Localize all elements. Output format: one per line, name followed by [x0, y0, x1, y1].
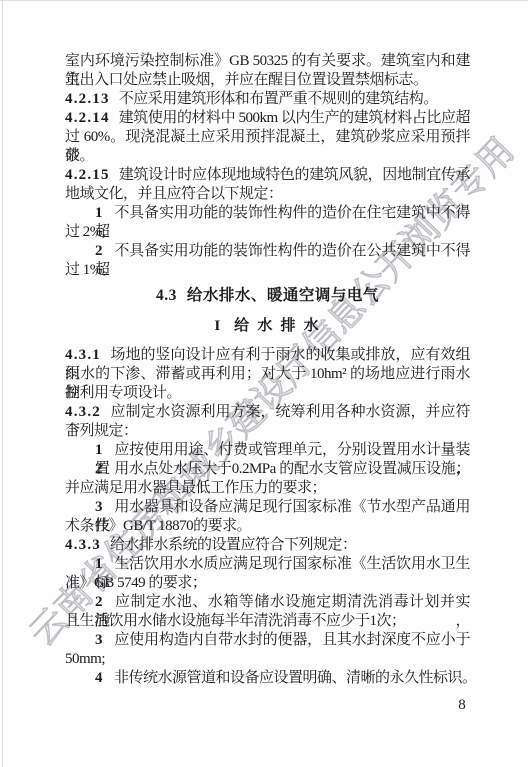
clause-number: 4.2.13	[65, 91, 110, 107]
text-line: 浆。	[65, 147, 470, 166]
document-page: 云南省住房和城乡建设厅信息公开浏览专用 室内环境污染控制标准》GB 50325 …	[0, 0, 528, 767]
item-line: 3用水器具和设备应满足现行国家标准《节水型产品通用技	[65, 498, 470, 517]
item-line: 1不具备实用功能的装饰性构件的造价在住宅建筑中不得超	[65, 204, 470, 223]
item-number: 2	[95, 594, 102, 610]
item-number: 2	[95, 243, 102, 259]
text-line: 50mm;	[65, 650, 470, 669]
text-line: 术条件》GB/T 18870的要求。	[65, 517, 470, 536]
clause-number: 4.3.3	[65, 537, 101, 553]
clause-line: 4.3.2应制定水资源利用方案，统筹利用各种水资源，并应符合	[65, 403, 470, 422]
item-number: 2	[95, 461, 102, 477]
subsection-number: I	[214, 318, 222, 334]
clause-line: 4.3.3给水排水系统的设置应符合下列规定：	[65, 536, 470, 555]
item-number: 1	[95, 556, 102, 572]
item-number: 3	[95, 499, 102, 515]
scan-edge-left	[2, 0, 3, 767]
section-number: 4.3	[156, 287, 177, 304]
clause-line: 4.3.1场地的竖向设计应有利于雨水的收集或排放，应有效组织	[65, 346, 470, 365]
text-line: 制利用专项设计。	[65, 384, 470, 403]
section-title: 给水排水、暖通空调与电气	[187, 287, 379, 304]
clause-number: 4.3.2	[65, 404, 101, 420]
clause-number: 4.2.14	[65, 110, 110, 126]
clause-line: 4.2.15建筑设计时应体现地域特色的建筑风貌，因地制宜传承	[65, 166, 470, 185]
text-line: 过 60%。现浇混凝土应采用预拌混凝土，建筑砂浆应采用预拌砂	[65, 128, 470, 147]
item-number: 1	[95, 205, 102, 221]
item-line: 1生活饮用水水质应满足现行国家标准《生活饮用水卫生标	[65, 555, 470, 574]
item-line: 1应按使用用途、付费或管理单元，分别设置用水计量装置；	[65, 441, 470, 460]
text-line: 并应满足用水器具最低工作压力的要求；	[65, 479, 470, 498]
text-line: 雨水的下渗、滞蓄或再利用；对大于 10hm² 的场地应进行雨水控	[65, 365, 470, 384]
item-line: 2应制定水池、水箱等储水设施定期清洗消毒计划并实施，	[65, 593, 470, 612]
scan-edge-top	[0, 0, 528, 1]
clause-number: 4.3.1	[65, 347, 101, 363]
page-number: 8	[452, 697, 472, 714]
text-line: 下列规定：	[65, 422, 470, 441]
text-line: 地域文化，并且应符合以下规定：	[65, 185, 470, 204]
text-line: 过 1%。	[65, 261, 470, 280]
subsection-heading: I给 水 排 水	[65, 315, 470, 337]
page-body: 室内环境污染控制标准》GB 50325 的有关要求。建筑室内和建筑 主出入口处应…	[65, 52, 470, 688]
section-heading: 4.3给水排水、暖通空调与电气	[65, 284, 470, 308]
item-line: 3应使用构造内自带水封的便器，且其水封深度不应小于	[65, 631, 470, 650]
clause-line: 4.2.14建筑使用的材料中 500km 以内生产的建筑材料占比应超	[65, 109, 470, 128]
clause-number: 4.2.15	[65, 167, 110, 183]
item-line: 4非传统水源管道和设备应设置明确、清晰的永久性标识。	[65, 669, 470, 688]
text-line: 主出入口处应禁止吸烟，并应在醒目位置设置禁烟标志。	[65, 71, 470, 90]
text-line: 准》GB 5749 的要求；	[65, 574, 470, 593]
item-number: 1	[95, 442, 102, 458]
text-line: 过 2%;	[65, 223, 470, 242]
clause-line: 4.2.13不应采用建筑形体和布置严重不规则的建筑结构。	[65, 90, 470, 109]
item-number: 4	[95, 670, 102, 686]
item-line: 2用水点处水压大于0.2MPa 的配水支管应设置减压设施，	[65, 460, 470, 479]
item-number: 3	[95, 632, 102, 648]
subsection-title: 给 水 排 水	[234, 317, 321, 334]
item-line: 2不具备实用功能的装饰性构件的造价在公共建筑中不得超	[65, 242, 470, 261]
text-line: 室内环境污染控制标准》GB 50325 的有关要求。建筑室内和建筑	[65, 52, 470, 71]
